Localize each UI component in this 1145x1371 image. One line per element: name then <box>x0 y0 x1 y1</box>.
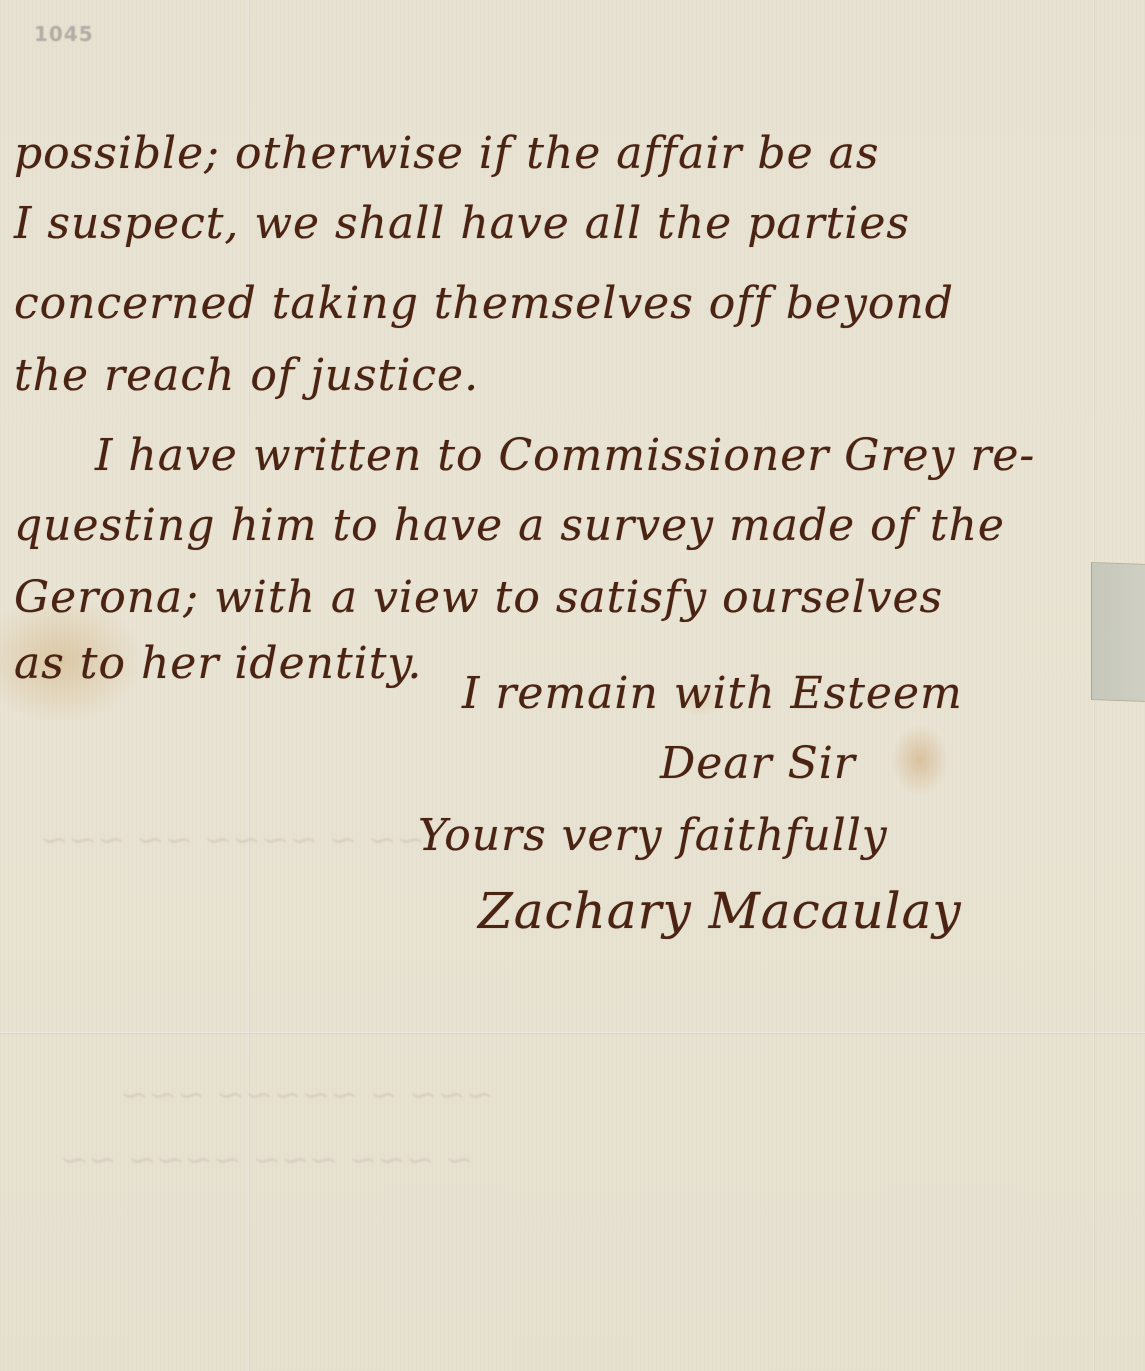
letter-line-3: concerned taking themselves off beyond <box>14 278 954 329</box>
letter-line-6: questing him to have a survey made of th… <box>14 500 1005 551</box>
show-through-text: ~~~ ~ ~~~~~ ~~~ <box>120 1075 494 1115</box>
closing-valediction: Yours very faithfully <box>418 810 888 861</box>
show-through-text: ~ ~~~ ~~~ ~~~~ ~~ <box>60 1140 474 1180</box>
closing-salutation: Dear Sir <box>660 738 856 789</box>
letter-line-1: possible; otherwise if the affair be as <box>14 128 879 179</box>
letter-line-2: I suspect, we shall have all the parties <box>14 198 910 249</box>
signature: Zachary Macaulay <box>478 882 962 940</box>
fold-crease-horizontal <box>0 1032 1145 1034</box>
letter-line-7: Gerona; with a view to satisfy ourselves <box>14 572 943 623</box>
archive-number: 1045 <box>34 22 94 46</box>
letter-line-8: as to her identity. <box>14 638 422 689</box>
letter-page: ~~ ~ ~~~~ ~~ ~~~ ~~~ ~ ~~~~~ ~~~ ~ ~~~ ~… <box>0 0 1145 1371</box>
letter-line-4: the reach of justice. <box>14 350 479 401</box>
closing-remain: I remain with Esteem <box>462 668 963 719</box>
letter-line-5: I have written to Commissioner Grey re- <box>95 430 1035 481</box>
show-through-text: ~~ ~ ~~~~ ~~ ~~~ <box>40 820 425 860</box>
paper-mount-tab <box>1091 562 1145 702</box>
